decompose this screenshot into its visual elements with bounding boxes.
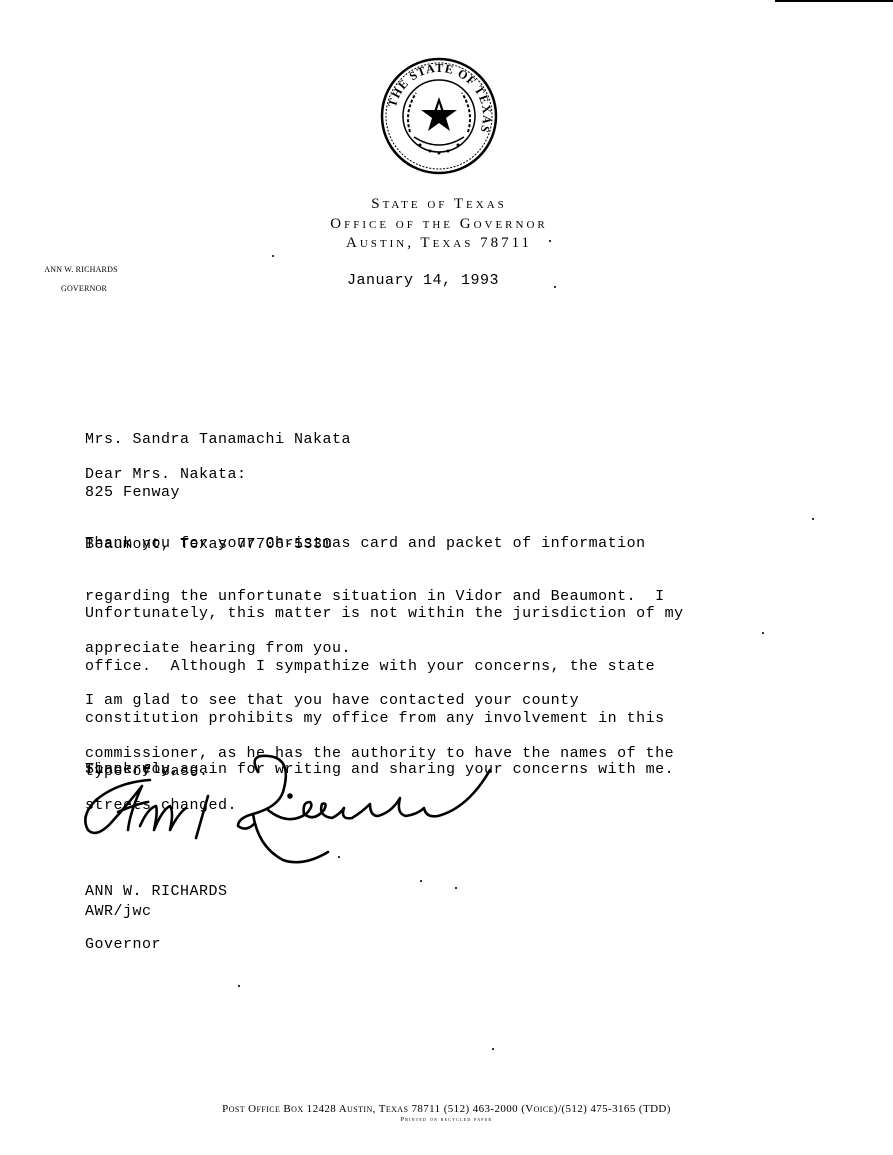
typed-title: Governor [85, 936, 228, 954]
footer: Post Office Box 12428 Austin, Texas 7871… [0, 1103, 893, 1123]
letterhead: State of Texas Office of the Governor Au… [300, 195, 578, 254]
letterhead-city: Austin, Texas 78711 [300, 234, 578, 254]
reference-initials: AWR/jwc [85, 903, 152, 921]
scan-speck [492, 1048, 494, 1050]
scan-speck [812, 518, 814, 520]
scan-speck [554, 286, 556, 288]
sender-name: ANN W. RICHARDS [25, 260, 137, 279]
paragraph-line: Thank you for your Christmas card and pa… [85, 535, 665, 553]
scan-edge-rule [775, 0, 893, 2]
paragraph-line: I am glad to see that you have contacted… [85, 692, 674, 710]
letterhead-state: State of Texas [300, 195, 578, 215]
scan-speck [272, 255, 274, 257]
recipient-street: 825 Fenway [85, 484, 351, 502]
scan-speck [455, 887, 457, 889]
scan-speck [238, 985, 240, 987]
footer-recycled-note: Printed on recycled paper [0, 1117, 893, 1123]
recipient-name: Mrs. Sandra Tanamachi Nakata [85, 431, 351, 449]
typed-name: ANN W. RICHARDS [85, 883, 228, 901]
scan-speck [549, 240, 551, 242]
scan-speck [338, 856, 340, 858]
salutation: Dear Mrs. Nakata: [85, 466, 247, 484]
letterhead-office: Office of the Governor [300, 215, 578, 235]
texas-state-seal-icon: THE STATE OF TEXAS [380, 57, 498, 175]
scan-speck [762, 632, 764, 634]
letter-date: January 14, 1993 [347, 272, 499, 290]
sender-title: GOVERNOR [25, 279, 137, 298]
sender-block: ANN W. RICHARDS GOVERNOR [25, 260, 137, 298]
paragraph-line: Unfortunately, this matter is not within… [85, 605, 684, 623]
scan-speck [420, 880, 422, 882]
footer-address: Post Office Box 12428 Austin, Texas 7871… [0, 1103, 893, 1115]
